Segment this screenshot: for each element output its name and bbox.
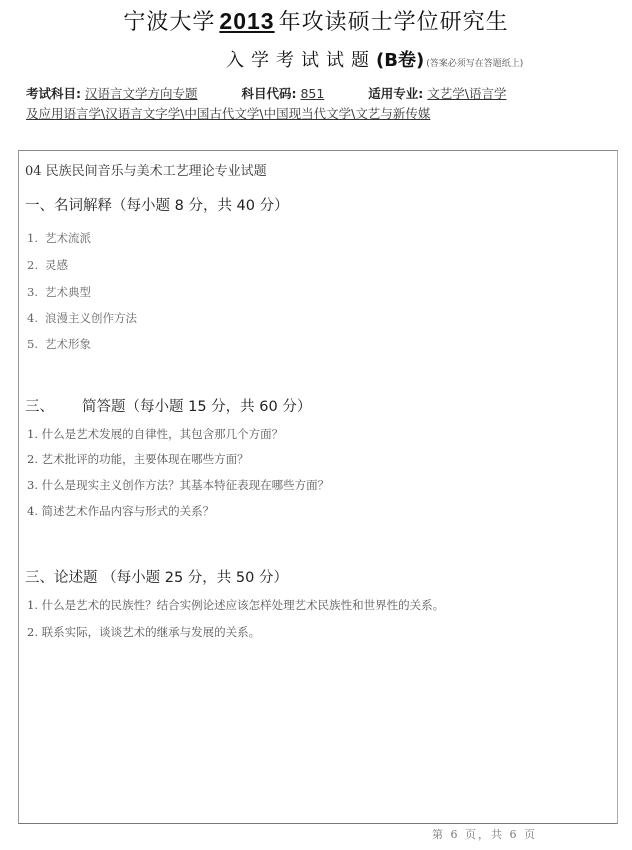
definition-item: 4.浪漫主义创作方法 bbox=[27, 310, 137, 326]
definition-item: 5.艺术形象 bbox=[27, 336, 91, 352]
definition-item: 1.艺术流派 bbox=[27, 230, 91, 246]
short-answer-question: 3. 什么是现实主义创作方法？其基本特征表现在哪些方面？ bbox=[27, 477, 329, 493]
short-answer-question: 4. 简述艺术作品内容与形式的关系？ bbox=[27, 503, 214, 519]
definition-item: 3.艺术典型 bbox=[27, 284, 91, 300]
major-label: 适用专业: bbox=[368, 86, 423, 101]
subject-value: 汉语言文学方向专题 bbox=[85, 86, 198, 101]
essay-question: 2. 联系实际，谈谈艺术的继承与发展的关系。 bbox=[27, 624, 260, 640]
exam-info-line2: 及应用语言学\汉语言文字学\中国古代文学\中国现当代文学\文艺与新传媒 bbox=[26, 104, 596, 124]
page-number: 第 6 页，共 6 页 bbox=[432, 826, 537, 842]
exam-subtitle: 入学考试试题(B卷)(答案必须写在答题纸上) bbox=[226, 46, 523, 72]
question-box: 04 民族民间音乐与美术工艺理论专业试题 一、名词解释（每小题 8 分，共 40… bbox=[18, 150, 618, 824]
answer-note: (答案必须写在答题纸上) bbox=[426, 59, 523, 69]
section-heading-essay: 三、论述题 （每小题 25 分，共 50 分） bbox=[25, 566, 288, 587]
definition-item: 2.灵感 bbox=[27, 257, 68, 273]
code-label: 科目代码: bbox=[241, 86, 296, 101]
exam-title: 宁波大学2013年攻读硕士学位研究生 bbox=[0, 5, 632, 36]
university-name: 宁波大学 bbox=[123, 10, 215, 35]
subtitle-text: 入学考试试题 bbox=[226, 50, 376, 71]
section-heading-definitions: 一、名词解释（每小题 8 分，共 40 分） bbox=[25, 194, 289, 215]
exam-year: 2013 bbox=[215, 8, 278, 34]
exam-info-line1: 考试科目: 汉语言文学方向专题 科目代码: 851 适用专业: 文艺学\语言学 bbox=[26, 84, 596, 104]
major-value-line2: 及应用语言学\汉语言文字学\中国古代文学\中国现当代文学\文艺与新传媒 bbox=[26, 106, 430, 121]
short-answer-question: 1. 什么是艺术发展的自律性，其包含那几个方面？ bbox=[27, 426, 283, 442]
code-value: 851 bbox=[300, 86, 324, 101]
section-heading-short-answer: 三、简答题（每小题 15 分，共 60 分） bbox=[25, 395, 311, 416]
major-value-line1: 文艺学\语言学 bbox=[427, 86, 506, 101]
essay-question: 1. 什么是艺术的民族性？结合实例论述应该怎样处理艺术民族性和世界性的关系。 bbox=[27, 597, 444, 613]
paper-version: (B卷) bbox=[376, 50, 424, 71]
exam-info: 考试科目: 汉语言文学方向专题 科目代码: 851 适用专业: 文艺学\语言学 … bbox=[26, 84, 596, 124]
subject-title: 04 民族民间音乐与美术工艺理论专业试题 bbox=[25, 160, 267, 179]
short-answer-question: 2. 艺术批评的功能，主要体现在哪些方面？ bbox=[27, 451, 249, 467]
subject-label: 考试科目: bbox=[26, 86, 81, 101]
title-suffix: 年攻读硕士学位研究生 bbox=[279, 10, 509, 35]
